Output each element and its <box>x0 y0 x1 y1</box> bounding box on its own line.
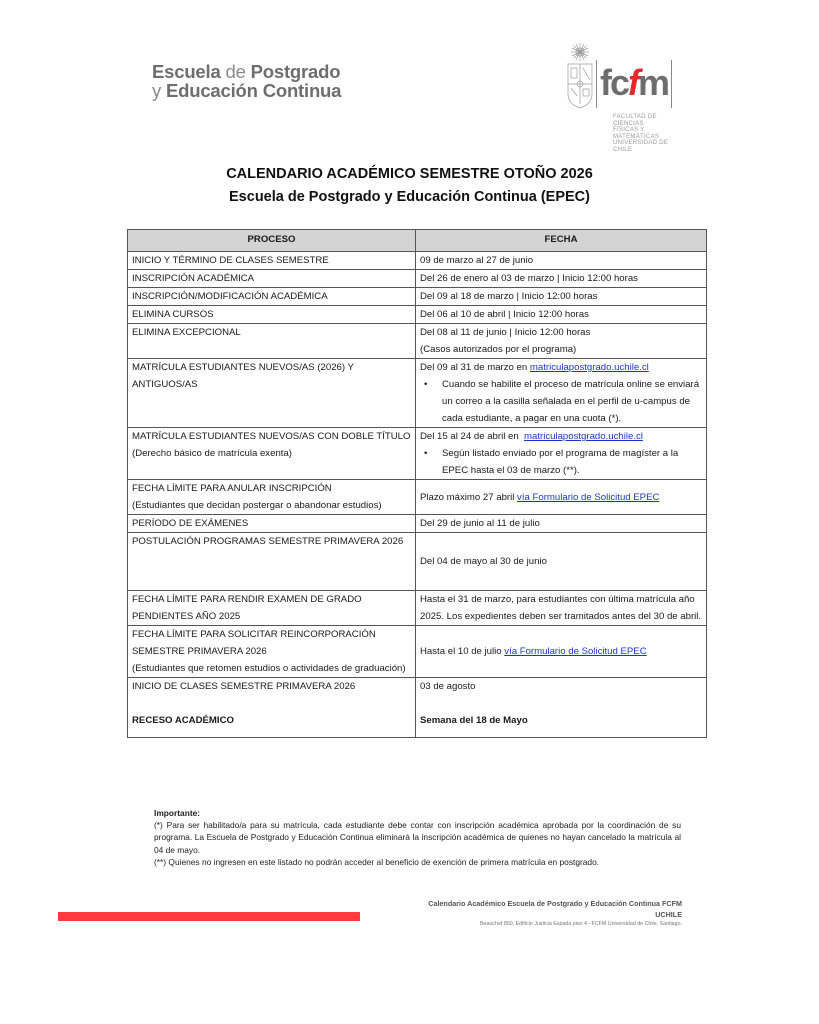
fecha-cell: Del 15 al 24 de abril en matriculapostgr… <box>416 428 707 480</box>
table-row: FECHA LÍMITE PARA RENDIR EXAMEN DE GRADO… <box>128 591 707 626</box>
bullet-item: •Según listado enviado por el programa d… <box>420 445 702 479</box>
fecha-text: Del 08 al 11 de junio | Inicio 12:00 hor… <box>420 324 702 341</box>
proceso-note: (Derecho básico de matrícula exenta) <box>132 445 411 462</box>
proceso-cell: ELIMINA CURSOS <box>128 306 416 324</box>
spacer <box>420 695 702 712</box>
table-row: INSCRIPCIÓN ACADÉMICA Del 26 de enero al… <box>128 270 707 288</box>
school-logo-line1: Escuela de Postgrado <box>152 62 341 81</box>
footer-line2: UCHILE <box>428 909 682 920</box>
fecha-prefix: Hasta el 10 de julio <box>420 646 504 657</box>
table-row: FECHA LÍMITE PARA SOLICITAR REINCORPORAC… <box>128 626 707 678</box>
logo-word: Educación Continua <box>166 80 341 101</box>
fecha-cell: Plazo máximo 27 abril vía Formulario de … <box>416 480 707 515</box>
note-2: (**) Quienes no ingresen en este listado… <box>154 856 681 868</box>
subtitle-line: Facultad de Ciencias <box>613 114 680 127</box>
fcfm-subtitle: Facultad de Ciencias Físicas y Matemátic… <box>613 114 680 153</box>
table-header-row: PROCESO FECHA <box>128 230 707 252</box>
fecha-cell: Del 06 al 10 de abril | Inicio 12:00 hor… <box>416 306 707 324</box>
wordmark-part: m <box>638 62 668 103</box>
note-1: (*) Para ser habilitado/a para su matríc… <box>154 819 681 856</box>
spacer <box>132 695 411 712</box>
school-logo-line2: y Educación Continua <box>152 81 341 100</box>
document-title: CALENDARIO ACADÉMICO SEMESTRE OTOÑO 2026 <box>0 166 819 182</box>
bullet-icon: • <box>420 376 442 427</box>
fecha-text-receso: Semana del 18 de Mayo <box>420 712 702 729</box>
bullet-text: Cuando se habilite el proceso de matrícu… <box>442 376 702 427</box>
proceso-text: FECHA LÍMITE PARA SOLICITAR REINCORPORAC… <box>132 626 411 660</box>
column-header-proceso: PROCESO <box>128 230 416 252</box>
logo-word: Postgrado <box>251 61 341 82</box>
footer-line1: Calendario Académico Escuela de Postgrad… <box>428 898 682 909</box>
proceso-cell: PERÍODO DE EXÁMENES <box>128 515 416 533</box>
footer-address: Beauchef 850, Edificio Justicia Espada p… <box>480 921 682 927</box>
proceso-cell: FECHA LÍMITE PARA SOLICITAR REINCORPORAC… <box>128 626 416 678</box>
fecha-text: Del 09 al 31 de marzo en matriculapostgr… <box>420 359 702 376</box>
wordmark-part: fc <box>600 62 628 103</box>
fcfm-wordmark: fcfm <box>596 60 672 108</box>
table-row: INICIO DE CLASES SEMESTRE PRIMAVERA 2026… <box>128 678 707 738</box>
notes-heading: Importante: <box>154 807 681 819</box>
proceso-cell: INSCRIPCIÓN/MODIFICACIÓN ACADÉMICA <box>128 288 416 306</box>
subtitle-line: Físicas y Matemáticas <box>613 127 680 140</box>
proceso-cell: MATRÍCULA ESTUDIANTES NUEVOS/AS CON DOBL… <box>128 428 416 480</box>
table-row: PERÍODO DE EXÁMENES Del 29 de junio al 1… <box>128 515 707 533</box>
proceso-text: FECHA LÍMITE PARA ANULAR INSCRIPCIÓN <box>132 480 411 497</box>
calendar-table: PROCESO FECHA INICIO Y TÉRMINO DE CLASES… <box>127 229 707 738</box>
proceso-cell: INSCRIPCIÓN ACADÉMICA <box>128 270 416 288</box>
fecha-cell: Del 08 al 11 de junio | Inicio 12:00 hor… <box>416 324 707 359</box>
proceso-cell: INICIO Y TÉRMINO DE CLASES SEMESTRE <box>128 252 416 270</box>
proceso-text: INICIO DE CLASES SEMESTRE PRIMAVERA 2026 <box>132 678 411 695</box>
table-row: FECHA LÍMITE PARA ANULAR INSCRIPCIÓN (Es… <box>128 480 707 515</box>
solicitud-form-link[interactable]: vía Formulario de Solicitud EPEC <box>504 646 646 657</box>
logo-word: de <box>221 61 251 82</box>
proceso-cell: MATRÍCULA ESTUDIANTES NUEVOS/AS (2026) Y… <box>128 359 416 428</box>
proceso-cell: ELIMINA EXCEPCIONAL <box>128 324 416 359</box>
fecha-cell: Del 09 al 31 de marzo en matriculapostgr… <box>416 359 707 428</box>
fecha-cell: 03 de agosto Semana del 18 de Mayo <box>416 678 707 738</box>
solicitud-form-link[interactable]: vía Formulario de Solicitud EPEC <box>517 492 659 503</box>
important-notes: Importante: (*) Para ser habilitado/a pa… <box>154 807 681 868</box>
table-row: ELIMINA CURSOS Del 06 al 10 de abril | I… <box>128 306 707 324</box>
proceso-text-receso: RECESO ACADÉMICO <box>132 712 411 729</box>
university-crest-icon <box>565 42 595 110</box>
wordmark-part: f <box>628 62 638 103</box>
fecha-cell: Del 29 de junio al 11 de julio <box>416 515 707 533</box>
fcfm-logo: fcfm Facultad de Ciencias Físicas y Mate… <box>565 42 680 137</box>
logo-word: Escuela <box>152 61 221 82</box>
table-row: MATRÍCULA ESTUDIANTES NUEVOS/AS CON DOBL… <box>128 428 707 480</box>
proceso-note: (Estudiantes que retomen estudios o acti… <box>132 660 411 677</box>
proceso-cell: FECHA LÍMITE PARA RENDIR EXAMEN DE GRADO… <box>128 591 416 626</box>
proceso-cell: POSTULACIÓN PROGRAMAS SEMESTRE PRIMAVERA… <box>128 533 416 591</box>
footer-title: Calendario Académico Escuela de Postgrad… <box>428 898 682 920</box>
fecha-prefix: Del 15 al 24 de abril en <box>420 431 524 442</box>
fecha-cell: Del 04 de mayo al 30 de junio <box>416 533 707 591</box>
fecha-prefix: Plazo máximo 27 abril <box>420 492 517 503</box>
fecha-cell: Hasta el 10 de julio vía Formulario de S… <box>416 626 707 678</box>
fecha-cell: Del 26 de enero al 03 de marzo | Inicio … <box>416 270 707 288</box>
proceso-cell: INICIO DE CLASES SEMESTRE PRIMAVERA 2026… <box>128 678 416 738</box>
fecha-cell: Hasta el 31 de marzo, para estudiantes c… <box>416 591 707 626</box>
footer-accent-bar <box>58 912 360 921</box>
column-header-fecha: FECHA <box>416 230 707 252</box>
table-row: INICIO Y TÉRMINO DE CLASES SEMESTRE 09 d… <box>128 252 707 270</box>
table-row: INSCRIPCIÓN/MODIFICACIÓN ACADÉMICA Del 0… <box>128 288 707 306</box>
table-row: ELIMINA EXCEPCIONAL Del 08 al 11 de juni… <box>128 324 707 359</box>
table-row: MATRÍCULA ESTUDIANTES NUEVOS/AS (2026) Y… <box>128 359 707 428</box>
fecha-cell: 09 de marzo al 27 de junio <box>416 252 707 270</box>
matricula-link[interactable]: matriculapostgrado.uchile.cl <box>530 362 649 373</box>
fecha-note: (Casos autorizados por el programa) <box>420 341 702 358</box>
proceso-cell: FECHA LÍMITE PARA ANULAR INSCRIPCIÓN (Es… <box>128 480 416 515</box>
logo-word: y <box>152 80 166 101</box>
subtitle-line: Universidad de Chile <box>613 140 680 153</box>
bullet-item: •Cuando se habilite el proceso de matríc… <box>420 376 702 427</box>
document-subtitle: Escuela de Postgrado y Educación Continu… <box>0 189 819 205</box>
bullet-icon: • <box>420 445 442 479</box>
proceso-text: MATRÍCULA ESTUDIANTES NUEVOS/AS CON DOBL… <box>132 428 411 445</box>
fecha-cell: Del 09 al 18 de marzo | Inicio 12:00 hor… <box>416 288 707 306</box>
matricula-link[interactable]: matriculapostgrado.uchile.cl <box>524 431 643 442</box>
fecha-prefix: Del 09 al 31 de marzo en <box>420 362 530 373</box>
school-logo: Escuela de Postgrado y Educación Continu… <box>152 62 341 100</box>
proceso-note: (Estudiantes que decidan postergar o aba… <box>132 497 411 514</box>
fecha-text: 03 de agosto <box>420 678 702 695</box>
bullet-text: Según listado enviado por el programa de… <box>442 445 702 479</box>
table-row: POSTULACIÓN PROGRAMAS SEMESTRE PRIMAVERA… <box>128 533 707 591</box>
fecha-text: Del 15 al 24 de abril en matriculapostgr… <box>420 428 702 445</box>
